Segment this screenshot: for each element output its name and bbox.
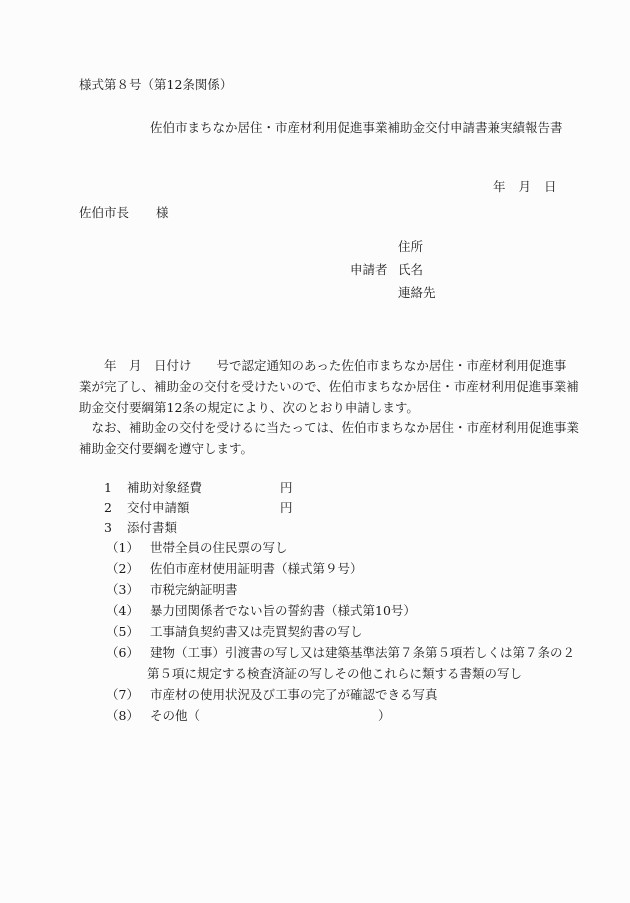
attachment-item: （2） 佐伯市産材使用証明書（様式第９号）: [106, 563, 575, 584]
attachment-item: （1） 世帯全員の住民票の写し: [106, 542, 575, 563]
applicant-label: 申請者: [350, 264, 398, 287]
attachment-number: （6）: [106, 647, 150, 668]
paragraph-line: 年 月 日付け 号で認定通知のあった佐伯市まちなか居住・市産材利用促進事: [79, 360, 553, 381]
attachment-other-open: その他（: [150, 708, 200, 723]
document-title: 佐伯市まちなか居住・市産材利用促進事業補助金交付申請書兼実績報告書: [150, 122, 563, 135]
attachment-continuation: 第５項に規定する検査済証の写しその他これらに類する書類の写し: [106, 668, 575, 689]
attachment-text: 工事請負契約書又は売買契約書の写し: [150, 626, 363, 647]
addressee: 佐伯市長様: [79, 207, 169, 220]
item-number: 2: [104, 502, 127, 522]
item-attachments: 3 添付書類: [104, 522, 293, 542]
applicant-row-contact: 連絡先: [350, 287, 436, 310]
item-label: 交付申請額: [127, 502, 280, 522]
attachment-item: （7） 市産材の使用状況及び工事の完了が確認できる写真: [106, 689, 575, 710]
item-number: 3: [104, 522, 127, 542]
attachment-number: （2）: [106, 563, 150, 584]
compliance-paragraph: なお、補助金の交付を受けるに当たっては、佐伯市まちなか居住・市産材利用促進事業 …: [79, 422, 553, 464]
attachment-text: 市税完納証明書: [150, 584, 238, 605]
attachment-text: 世帯全員の住民票の写し: [150, 542, 288, 563]
attachment-item: （4） 暴力団関係者でない旨の誓約書（様式第10号）: [106, 605, 575, 626]
applicant-contact-label: 連絡先: [398, 287, 436, 310]
attachment-item-other: （8） その他（）: [106, 710, 575, 731]
attachment-text-continued: 第５項に規定する検査済証の写しその他これらに類する書類の写し: [147, 668, 575, 681]
item-subsidy-expense: 1 補助対象経費 円: [104, 482, 293, 502]
attachment-number: （8）: [106, 710, 150, 731]
attachment-item: （3） 市税完納証明書: [106, 584, 575, 605]
attachment-number: （5）: [106, 626, 150, 647]
attachment-other-close: ）: [378, 708, 391, 723]
attachment-item: （5） 工事請負契約書又は売買契約書の写し: [106, 626, 575, 647]
item-unit: 円: [280, 482, 293, 502]
paragraph-line: なお、補助金の交付を受けるに当たっては、佐伯市まちなか居住・市産材利用促進事業: [79, 422, 553, 443]
item-number: 1: [104, 482, 127, 502]
applicant-address-label: 住所: [398, 241, 423, 264]
attachment-text: 佐伯市産材使用証明書（様式第９号）: [150, 563, 363, 584]
attachment-number: （4）: [106, 605, 150, 626]
date-year: 年: [493, 181, 506, 194]
date-day: 日: [544, 181, 557, 194]
attachment-list: （1） 世帯全員の住民票の写し （2） 佐伯市産材使用証明書（様式第９号） （3…: [106, 542, 575, 731]
application-paragraph: 年 月 日付け 号で認定通知のあった佐伯市まちなか居住・市産材利用促進事 業が完…: [79, 360, 553, 423]
attachment-text: 暴力団関係者でない旨の誓約書（様式第10号）: [150, 605, 416, 626]
paragraph-line: 補助金交付要綱を遵守します。: [79, 443, 553, 464]
item-label: 補助対象経費: [127, 482, 280, 502]
addressee-name: 佐伯市長: [79, 205, 129, 220]
applicant-row-address: 住所: [350, 241, 436, 264]
date-month: 月: [519, 181, 532, 194]
applicant-row-name: 申請者 氏名: [350, 264, 436, 287]
applicant-block: 住所 申請者 氏名 連絡先: [350, 241, 436, 310]
item-application-amount: 2 交付申請額 円: [104, 502, 293, 522]
item-unit: 円: [280, 502, 293, 522]
attachment-item: （6） 建物（工事）引渡書の写し又は建築基準法第７条第５項若しくは第７条の２: [106, 647, 575, 668]
attachment-number: （3）: [106, 584, 150, 605]
addressee-honorific: 様: [156, 205, 169, 220]
items-list: 1 補助対象経費 円 2 交付申請額 円 3 添付書類: [104, 482, 293, 542]
attachment-text: 建物（工事）引渡書の写し又は建築基準法第７条第５項若しくは第７条の２: [150, 647, 575, 668]
applicant-name-label: 氏名: [398, 264, 423, 287]
date-line: 年月日: [493, 181, 557, 194]
paragraph-line: 業が完了し、補助金の交付を受けたいので、佐伯市まちなか居住・市産材利用促進事業補: [79, 381, 553, 402]
item-label: 添付書類: [127, 522, 280, 542]
attachment-number: （1）: [106, 542, 150, 563]
attachment-number: （7）: [106, 689, 150, 710]
attachment-text: 市産材の使用状況及び工事の完了が確認できる写真: [150, 689, 438, 710]
form-number: 様式第８号（第12条関係）: [79, 79, 232, 92]
